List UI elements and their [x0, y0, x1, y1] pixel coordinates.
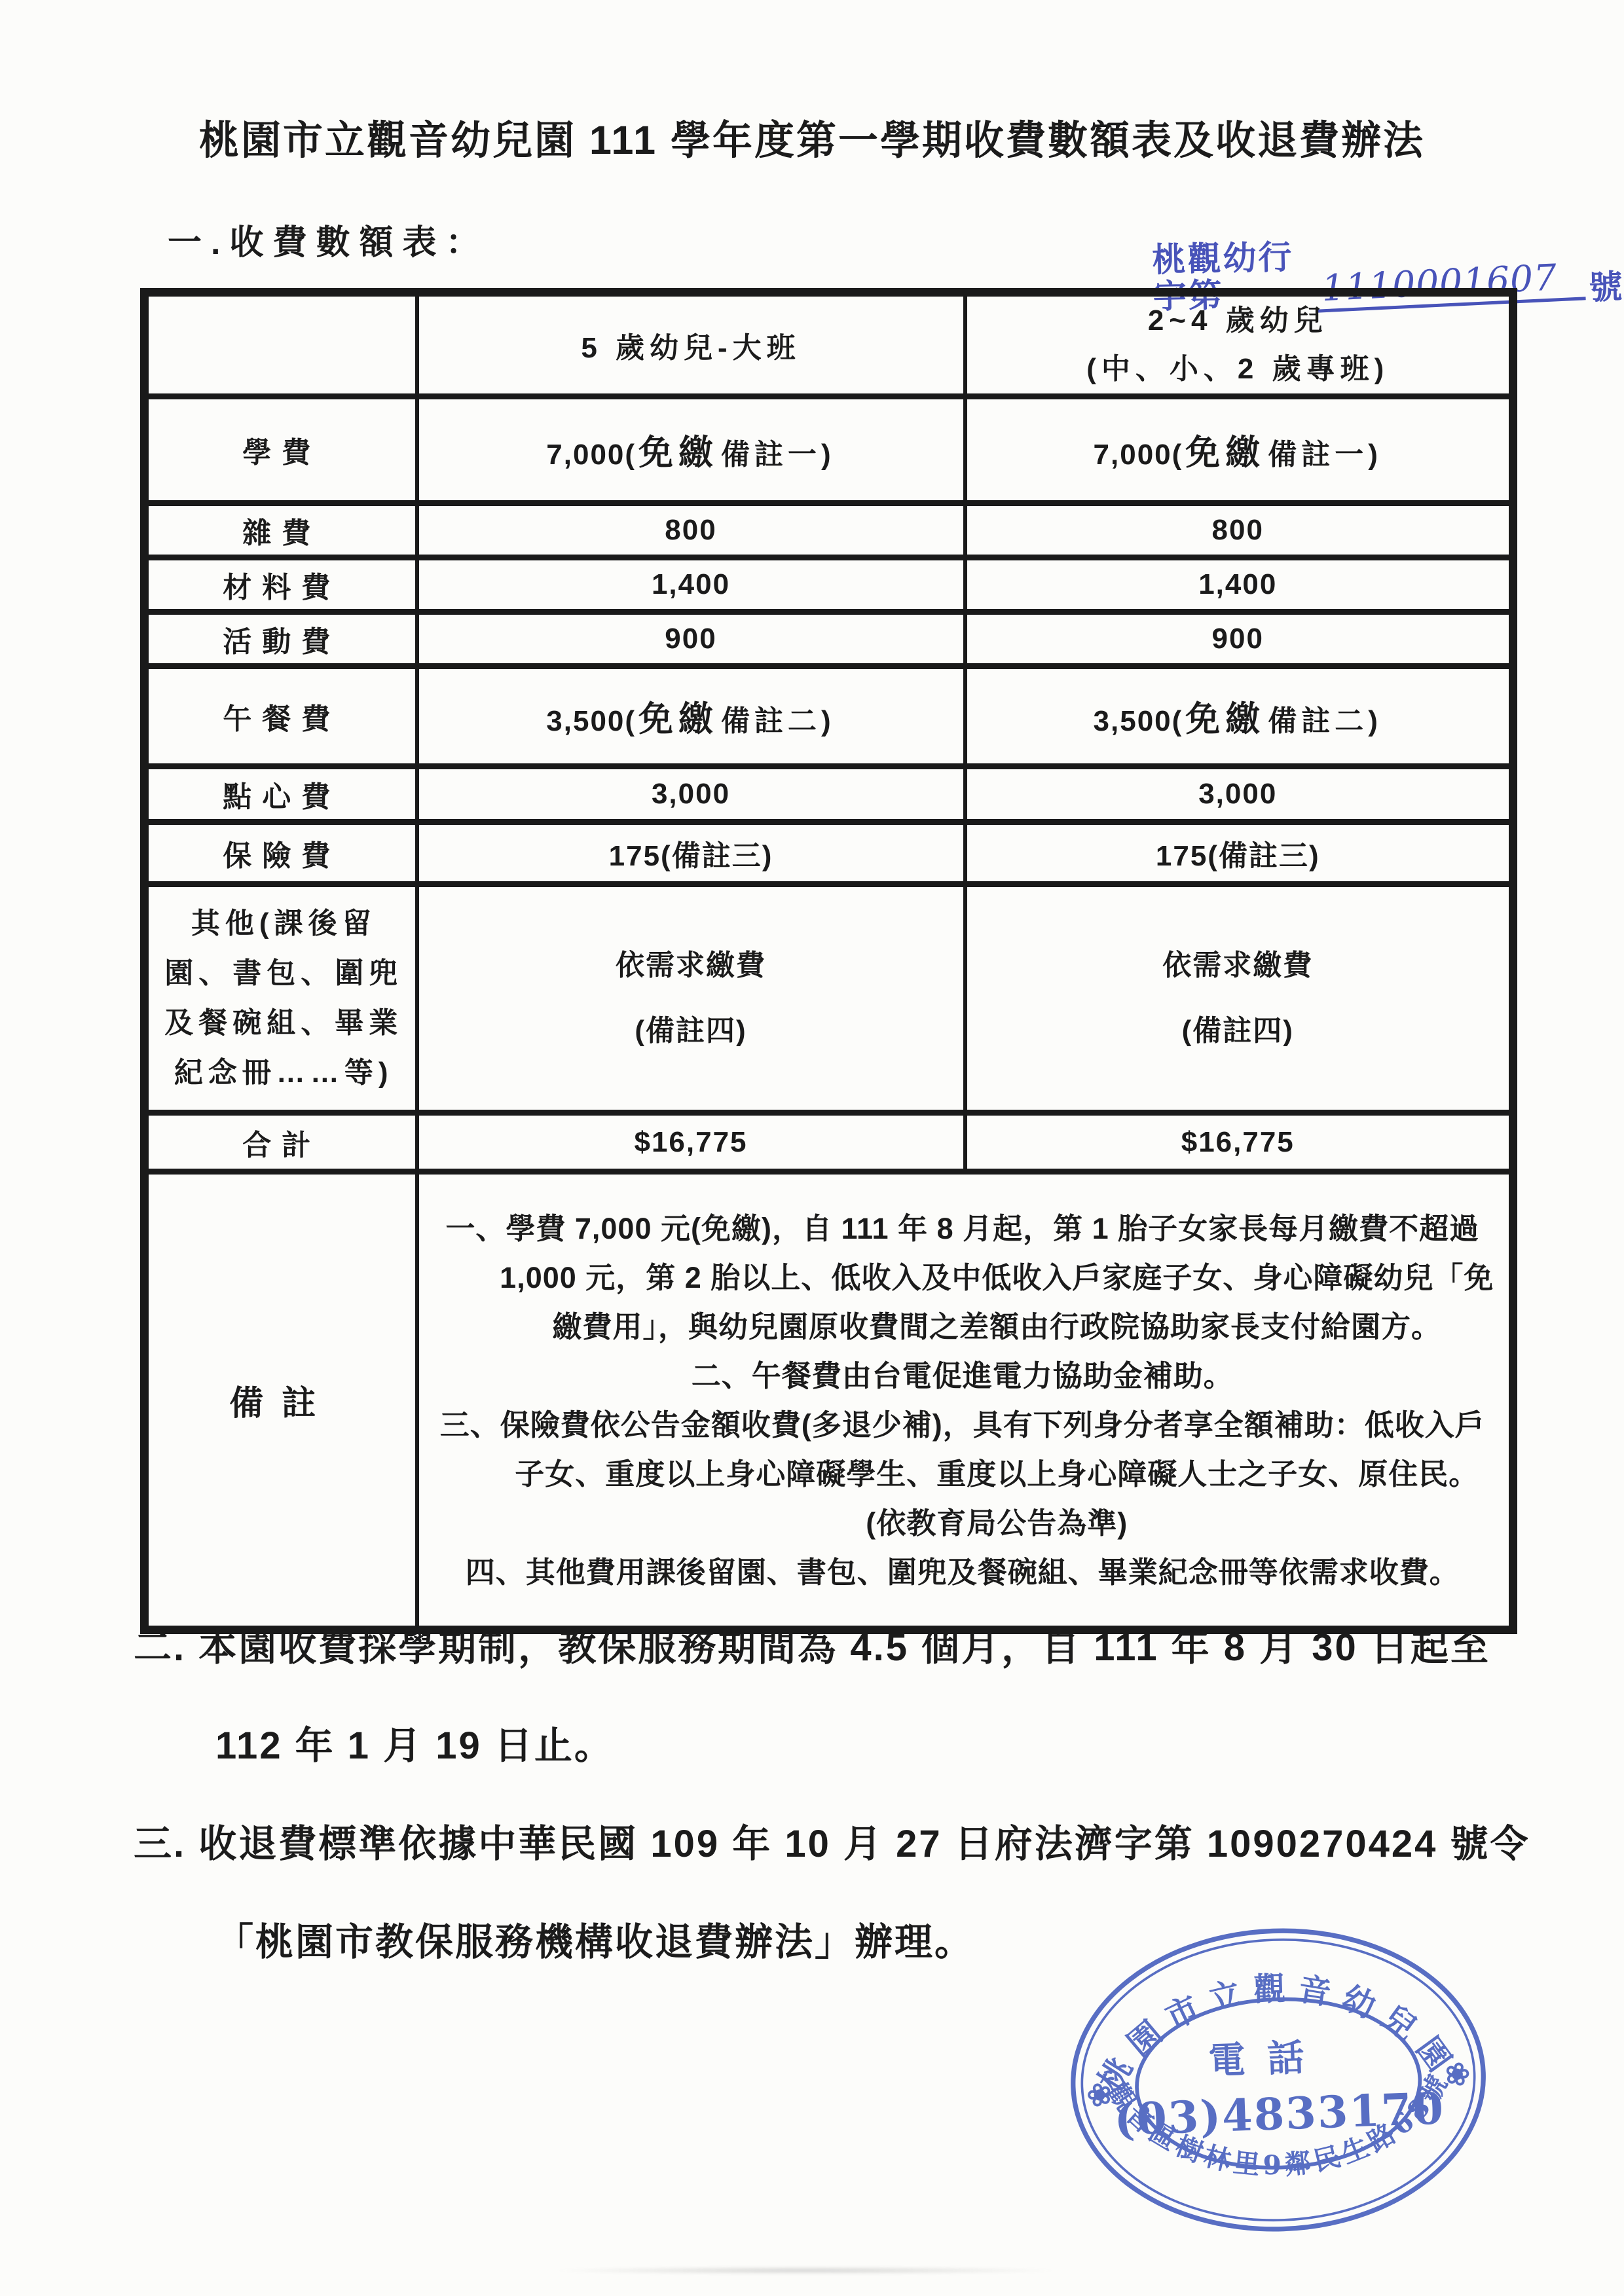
fee-amount: 3,500( [546, 705, 636, 737]
fee-other-line2: (備註四) [967, 998, 1509, 1064]
fee-waived-label: 免繳 [1185, 433, 1265, 472]
fee-total-5yo: $16,775 [417, 1113, 965, 1172]
header-col-2to4yo: 2~4 歲幼兒 (中、小、2 歲專班) [965, 293, 1513, 397]
fee-note-ref: 備註一) [721, 439, 836, 471]
header-col-5yo: 5 歲幼兒-大班 [417, 293, 965, 397]
notes-content: 一、學費 7,000 元(免繳)，自 111 年 8 月起，第 1 胎子女家長每… [417, 1172, 1513, 1630]
header-col-2to4yo-line1: 2~4 歲幼兒 [967, 297, 1509, 345]
paragraph-2-line2: 112 年 1 月 19 日止。 [215, 1697, 1581, 1795]
paragraph-2: 二. 本園收費採學期制，教保服務期間為 4.5 個月，自 111 年 8 月 3… [134, 1599, 1581, 1795]
note-4: 四、其他費用課後留園、書包、圍兜及餐碗組、畢業紀念冊等依需求收費。 [431, 1548, 1495, 1597]
page-title: 桃園市立觀音幼兒園 111 學年度第一學期收費數額表及收退費辦法 [0, 109, 1624, 166]
scan-artifact [550, 2267, 1061, 2274]
school-seal-stamp: 桃園市立觀音幼兒園 觀音區樹林里9鄰民生路68號 電話 (03)4833170 … [1061, 1919, 1496, 2241]
fee-row-lunch: 午餐費 3,500(免繳備註二) 3,500(免繳備註二) [145, 666, 1513, 767]
fee-value-5yo: 3,000 [417, 767, 965, 822]
fee-row-snack: 點心費 3,000 3,000 [145, 767, 1513, 822]
row-label: 雜費 [145, 503, 417, 558]
fee-value-2to4yo: 依需求繳費 (備註四) [965, 884, 1513, 1113]
fee-value-5yo: 依需求繳費 (備註四) [417, 884, 965, 1113]
fee-note-ref: 備註一) [1268, 439, 1382, 471]
fee-value-5yo: 3,500(免繳備註二) [417, 666, 965, 767]
fee-value-2to4yo: 900 [965, 612, 1513, 666]
fee-row-tuition: 學費 7,000(免繳備註一) 7,000(免繳備註一) [145, 397, 1513, 503]
fee-row-total: 合計 $16,775 $16,775 [145, 1113, 1513, 1172]
fee-value-5yo: 800 [417, 503, 965, 558]
fee-other-line1: 依需求繳費 [967, 933, 1509, 998]
fee-value-2to4yo: 175(備註三) [965, 822, 1513, 884]
document-number-suffix: 號 [1589, 269, 1624, 306]
fee-value-5yo: 900 [417, 612, 965, 666]
row-label: 其他(課後留園、書包、圍兜及餐碗組、畢業紀念冊……等) [145, 884, 417, 1113]
fee-note-ref: 備註二) [1268, 705, 1382, 737]
fee-value-5yo: 7,000(免繳備註一) [417, 397, 965, 503]
fee-table-header-row: 5 歲幼兒-大班 2~4 歲幼兒 (中、小、2 歲專班) [145, 293, 1513, 397]
fee-value-5yo: 1,400 [417, 558, 965, 612]
note-3: 三、保險費依公告金額收費(多退少補)，具有下列身分者享全額補助：低收入戶子女、重… [431, 1400, 1495, 1548]
paragraph-3-line1: 三. 收退費標準依據中華民國 109 年 10 月 27 日府法濟字第 1090… [134, 1795, 1581, 1893]
fee-amount: 3,500( [1094, 705, 1183, 737]
fee-value-2to4yo: 1,400 [965, 558, 1513, 612]
fee-note-ref: 備註二) [721, 705, 836, 737]
fee-table: 5 歲幼兒-大班 2~4 歲幼兒 (中、小、2 歲專班) 學費 7,000(免繳… [140, 288, 1517, 1634]
fee-value-2to4yo: 7,000(免繳備註一) [965, 397, 1513, 503]
fee-row-materials: 材料費 1,400 1,400 [145, 558, 1513, 612]
row-label: 保險費 [145, 822, 417, 884]
header-col-2to4yo-line2: (中、小、2 歲專班) [967, 345, 1509, 393]
row-label: 材料費 [145, 558, 417, 612]
fee-row-other: 其他(課後留園、書包、圍兜及餐碗組、畢業紀念冊……等) 依需求繳費 (備註四) … [145, 884, 1513, 1113]
fee-waived-label: 免繳 [638, 433, 718, 472]
header-empty-cell [145, 293, 417, 397]
paragraph-2-line1: 二. 本園收費採學期制，教保服務期間為 4.5 個月，自 111 年 8 月 3… [134, 1599, 1581, 1697]
fee-row-activity: 活動費 900 900 [145, 612, 1513, 666]
fee-row-insurance: 保險費 175(備註三) 175(備註三) [145, 822, 1513, 884]
fee-waived-label: 免繳 [1185, 700, 1265, 738]
row-label: 午餐費 [145, 666, 417, 767]
note-1: 一、學費 7,000 元(免繳)，自 111 年 8 月起，第 1 胎子女家長每… [431, 1204, 1495, 1351]
fee-amount: 7,000( [546, 439, 636, 471]
notes-label: 備註 [145, 1172, 417, 1630]
fee-value-5yo: 175(備註三) [417, 822, 965, 884]
section1-heading: 一.收費數額表： [168, 215, 489, 264]
seal-phone-label: 電話 [1208, 2035, 1327, 2083]
fee-other-line1: 依需求繳費 [419, 933, 963, 998]
row-label: 學費 [145, 397, 417, 503]
row-label: 點心費 [145, 767, 417, 822]
row-label: 活動費 [145, 612, 417, 666]
fee-other-line2: (備註四) [419, 998, 963, 1064]
fee-value-2to4yo: 800 [965, 503, 1513, 558]
fee-value-2to4yo: 3,500(免繳備註二) [965, 666, 1513, 767]
fee-row-misc: 雜費 800 800 [145, 503, 1513, 558]
notes-row: 備註 一、學費 7,000 元(免繳)，自 111 年 8 月起，第 1 胎子女… [145, 1172, 1513, 1630]
fee-waived-label: 免繳 [638, 700, 718, 738]
note-2: 二、午餐費由台電促進電力協助金補助。 [431, 1351, 1495, 1400]
row-label: 合計 [145, 1113, 417, 1172]
fee-total-2to4yo: $16,775 [965, 1113, 1513, 1172]
fee-value-2to4yo: 3,000 [965, 767, 1513, 822]
fee-amount: 7,000( [1094, 439, 1183, 471]
